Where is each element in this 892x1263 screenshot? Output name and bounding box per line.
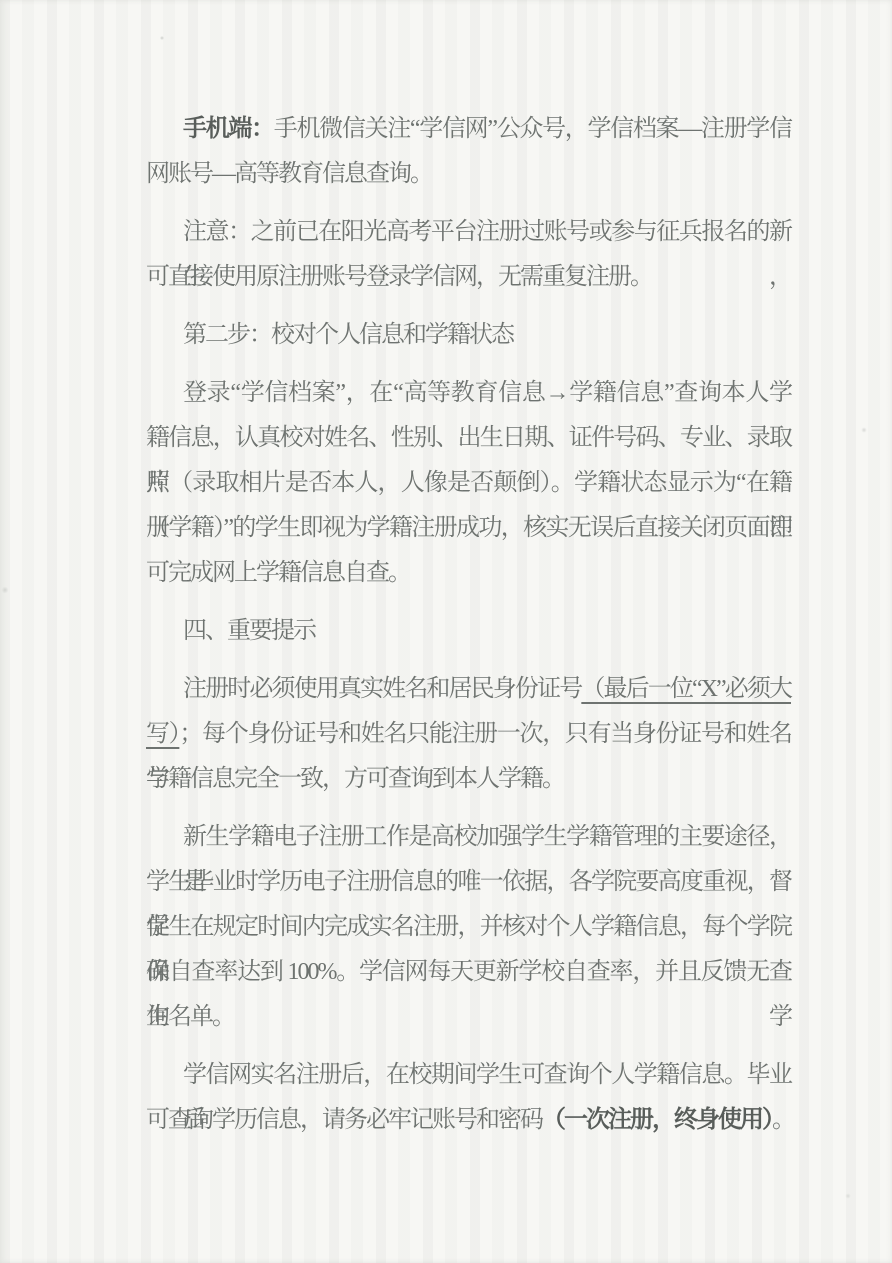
text-line: 网账号—高等教育信息查询。 [146,152,791,197]
heading-section4: 四、重要提示 [146,609,791,654]
para-notice: 注意：之前已在阳光高考平台注册过账号或参与征兵报名的新生， 可直接使用原注册账号… [146,210,791,300]
text-line: 可查询学历信息，请务必牢记账号和密码（一次注册，终身使用）。 [146,1098,791,1143]
text-line: 册学籍）”的学生即视为学籍注册成功，核实无误后直接关闭页面即 [146,506,791,551]
text-line: 登录“学信档案”，在“高等教育信息→学籍信息”查询本人学 [146,371,791,416]
text-line: 可完成网上学籍信息自查。 [146,551,791,596]
text-segment: 第二步：校对个人信息和学籍状态 [183,322,513,348]
text-segment: 。 [772,1107,794,1133]
text-line: 注册时必须使用真实姓名和居民身份证号（最后一位“X”必须大 [146,667,791,712]
text-segment: 可直接使用原注册账号登录学信网，无需重复注册。 [146,264,652,290]
text-segment: 学籍信息完全一致，方可查询到本人学籍。 [146,766,564,792]
text-segment: 注册时必须使用真实姓名和居民身份证号 [183,676,581,702]
bold-emphasis: （一次注册，终身使用） [542,1107,772,1133]
text-line: 学生毕业时学历电子注册信息的唯一依据，各学院要高度重视，督促 [146,860,791,905]
text-segment: 手机微信关注“学信网”公众号，学信档案—注册学信 [274,116,791,142]
text-segment: 保自查率达到 100%。学信网每天更新学校自查率，并且反馈无查询学 [146,959,791,1030]
text-line: 片（录取相片是否本人，人像是否颠倒）。学籍状态显示为“在籍（注 [146,461,791,506]
text-segment: 册学籍）”的学生即视为学籍注册成功，核实无误后直接关闭页面即 [146,515,791,541]
para-lifetime-account: 学信网实名注册后，在校期间学生可查询个人学籍信息。毕业后 可查询学历信息，请务必… [146,1053,791,1143]
bold-label-mobile: 手机端： [183,116,274,142]
text-line: 注意：之前已在阳光高考平台注册过账号或参与征兵报名的新生， [146,210,791,255]
heading-step2: 第二步：校对个人信息和学籍状态 [146,313,791,358]
text-line: 保自查率达到 100%。学信网每天更新学校自查率，并且反馈无查询学 [146,950,791,995]
para-id-requirement: 注册时必须使用真实姓名和居民身份证号（最后一位“X”必须大 写）；每个身份证号和… [146,667,791,802]
text-segment: 可完成网上学籍信息自查。 [146,560,410,586]
text-segment: 可查询学历信息，请务必牢记账号和密码 [146,1107,542,1133]
text-segment: 网账号—高等教育信息查询。 [146,161,432,187]
text-segment: 生名单。 [146,1004,234,1030]
text-line: 第二步：校对个人信息和学籍状态 [146,313,791,358]
text-line: 学生在规定时间内完成实名注册，并核对个人学籍信息，每个学院确 [146,905,791,950]
underlined-text: （最后一位“X”必须大 [581,676,791,702]
text-line: 四、重要提示 [146,609,791,654]
text-line: 写）；每个身份证号和姓名只能注册一次，只有当身份证号和姓名与 [146,712,791,757]
para-step2-detail: 登录“学信档案”，在“高等教育信息→学籍信息”查询本人学 籍信息，认真校对姓名、… [146,371,791,596]
text-line: 学信网实名注册后，在校期间学生可查询个人学籍信息。毕业后 [146,1053,791,1098]
text-line: 学籍信息完全一致，方可查询到本人学籍。 [146,757,791,802]
text-line: 新生学籍电子注册工作是高校加强学生学籍管理的主要途径，是 [146,815,791,860]
underlined-text: 写） [146,721,179,747]
scanned-page: 手机端：手机微信关注“学信网”公众号，学信档案—注册学信 网账号—高等教育信息查… [0,0,892,1263]
para-registration-importance: 新生学籍电子注册工作是高校加强学生学籍管理的主要途径，是 学生毕业时学历电子注册… [146,815,791,1040]
para-mobile-registration: 手机端：手机微信关注“学信网”公众号，学信档案—注册学信 网账号—高等教育信息查… [146,107,791,197]
text-line: 手机端：手机微信关注“学信网”公众号，学信档案—注册学信 [146,107,791,152]
text-segment: 登录“学信档案”，在“高等教育信息→学籍信息”查询本人学 [183,380,791,406]
text-segment: 四、重要提示 [183,618,315,644]
text-line: 籍信息，认真校对姓名、性别、出生日期、证件号码、专业、录取照 [146,416,791,461]
document-text-block: 手机端：手机微信关注“学信网”公众号，学信档案—注册学信 网账号—高等教育信息查… [146,107,791,1143]
